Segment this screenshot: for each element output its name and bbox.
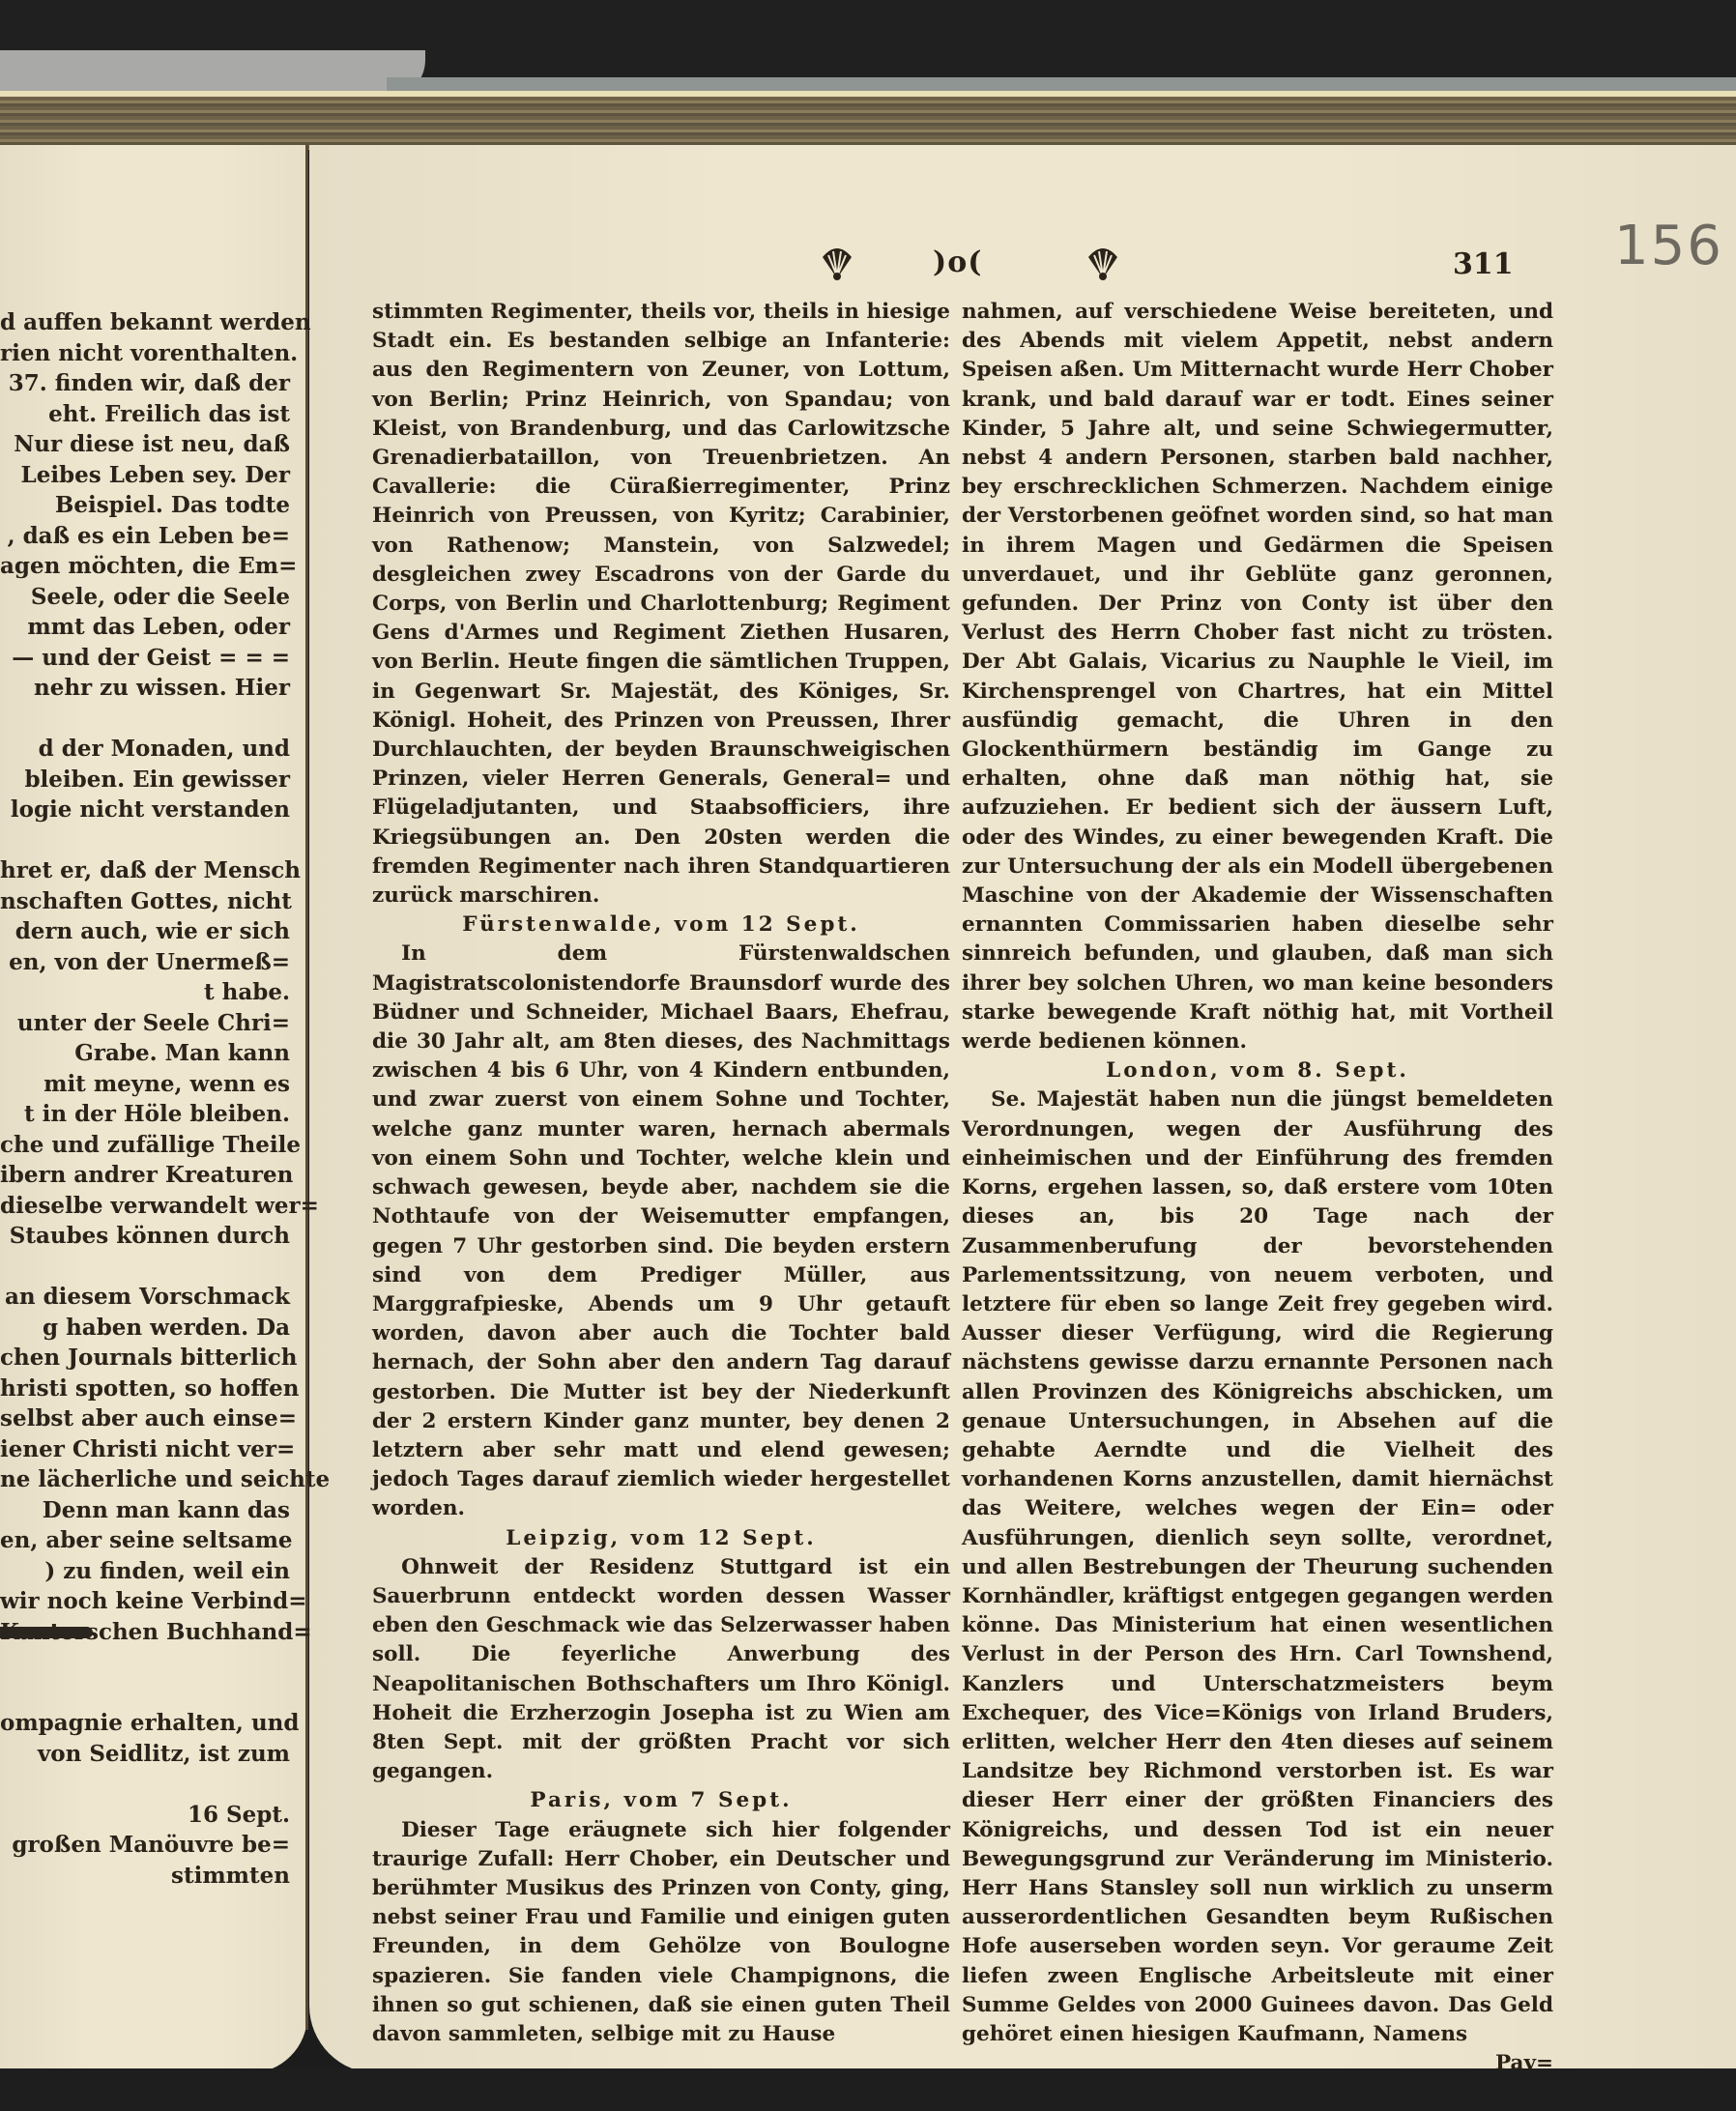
catchword: Pay= — [962, 2049, 1553, 2078]
page-block-edge — [0, 97, 1736, 150]
left-page-line: mmt das Leben, oder — [0, 612, 290, 643]
left-page-line: logie nicht verstanden — [0, 795, 290, 825]
article-paragraph: Dieser Tage eräugnete sich hier folgende… — [372, 1816, 950, 2050]
left-page-line: Grabe. Man kann — [0, 1038, 290, 1069]
left-page-line — [0, 825, 290, 856]
left-page-line: Seele, oder die Seele — [0, 582, 290, 613]
left-page-line: t habe. — [0, 977, 290, 1008]
left-page-line: ompagnie erhalten, und — [0, 1708, 290, 1739]
left-page-line: an diesem Vorschmack — [0, 1282, 290, 1313]
left-page-text: d auffen bekannt werdenrien nicht vorent… — [0, 307, 290, 1891]
left-page-line: eht. Freilich das ist — [0, 399, 290, 430]
dateline-heading: Leipzig, vom 12 Sept. — [372, 1524, 950, 1553]
left-page-line: Staubes können durch — [0, 1221, 290, 1252]
left-page-line: selbst aber auch einse= — [0, 1403, 290, 1434]
left-page-line: mit meyne, wenn es — [0, 1069, 290, 1100]
running-head-mark: )o( — [933, 246, 982, 279]
running-head: )o( 311 — [817, 244, 1551, 292]
left-page-line: , daß es ein Leben be= — [0, 521, 290, 552]
left-page-line: großen Manöuvre be= — [0, 1830, 290, 1861]
left-page-line: nehr zu wissen. Hier — [0, 673, 290, 704]
left-page-line — [0, 1769, 290, 1800]
left-page-line: d auffen bekannt werden — [0, 307, 290, 338]
left-page-line: unter der Seele Chri= — [0, 1008, 290, 1039]
left-page-line: t in der Höle bleiben. — [0, 1099, 290, 1130]
dateline-heading: Fürstenwalde, vom 12 Sept. — [372, 911, 950, 940]
left-page-line: Beispiel. Das todte — [0, 490, 290, 521]
left-page-line: dieselbe verwandelt wer= — [0, 1191, 290, 1222]
left-page-line: bleiben. Ein gewisser — [0, 765, 290, 795]
book-gutter — [305, 145, 308, 2030]
left-page-line: ) zu finden, weil ein — [0, 1556, 290, 1587]
left-page-line: 16 Sept. — [0, 1800, 290, 1831]
left-page-line: dern auch, wie er sich — [0, 916, 290, 947]
text-column-left: stimmten Regimenter, theils vor, theils … — [372, 298, 950, 2049]
left-page-line: 37. finden wir, daß der — [0, 368, 290, 399]
shell-ornament-icon — [817, 244, 857, 282]
left-page-line: von Seidlitz, ist zum — [0, 1739, 290, 1770]
left-page-line: en, aber seine seltsame — [0, 1525, 290, 1556]
article-paragraph: Ohnweit der Residenz Stuttgard ist ein S… — [372, 1553, 950, 1787]
article-paragraph: In dem Fürstenwaldschen Magistratscoloni… — [372, 940, 950, 1523]
left-page-line: en, von der Unermeß= — [0, 947, 290, 978]
left-page-line: che und zufällige Theile — [0, 1130, 290, 1161]
text-column-right: nahmen, auf verschiedene Weise bereitete… — [962, 298, 1553, 2078]
left-page-line — [0, 1647, 290, 1678]
dateline-heading: London, vom 8. Sept. — [962, 1056, 1553, 1085]
article-paragraph: stimmten Regimenter, theils vor, theils … — [372, 298, 950, 911]
left-page-line: Nur diese ist neu, daß — [0, 429, 290, 460]
left-page-line: stimmten — [0, 1861, 290, 1892]
archive-stamp: 156 — [1614, 215, 1723, 277]
left-page-line: wir noch keine Verbind= — [0, 1586, 290, 1617]
left-page-line: Denn man kann das — [0, 1495, 290, 1526]
left-page-line — [0, 1678, 290, 1709]
left-page-line: hret er, daß der Mensch — [0, 855, 290, 886]
article-paragraph: Se. Majestät haben nun die jüngst bemeld… — [962, 1085, 1553, 2049]
left-page-line: — und der Geist = = = — [0, 643, 290, 674]
left-page-line: nschaften Gottes, nicht — [0, 886, 290, 917]
shell-ornament-icon — [1083, 244, 1123, 282]
dateline-heading: Paris, vom 7 Sept. — [372, 1786, 950, 1815]
left-page-line: chen Journals bitterlich — [0, 1343, 290, 1374]
left-page-line — [0, 1252, 290, 1283]
article-paragraph: nahmen, auf verschiedene Weise bereitete… — [962, 298, 1553, 1056]
left-page-line: rien nicht vorenthalten. — [0, 338, 290, 369]
left-page-line: hristi spotten, so hoffen — [0, 1374, 290, 1404]
ornament-rule — [0, 1627, 93, 1638]
left-page-line: iener Christi nicht ver= — [0, 1434, 290, 1465]
left-page-line: agen möchten, die Em= — [0, 551, 290, 582]
left-page-line: g haben werden. Da — [0, 1313, 290, 1344]
page-number: 311 — [1453, 247, 1514, 281]
left-page-line: Leibes Leben sey. Der — [0, 460, 290, 491]
left-page-line: ne lächerliche und seichte — [0, 1464, 290, 1495]
left-page-line — [0, 704, 290, 735]
left-page-line: ibern andrer Kreaturen — [0, 1160, 290, 1191]
left-page-line: d der Monaden, und — [0, 734, 290, 765]
